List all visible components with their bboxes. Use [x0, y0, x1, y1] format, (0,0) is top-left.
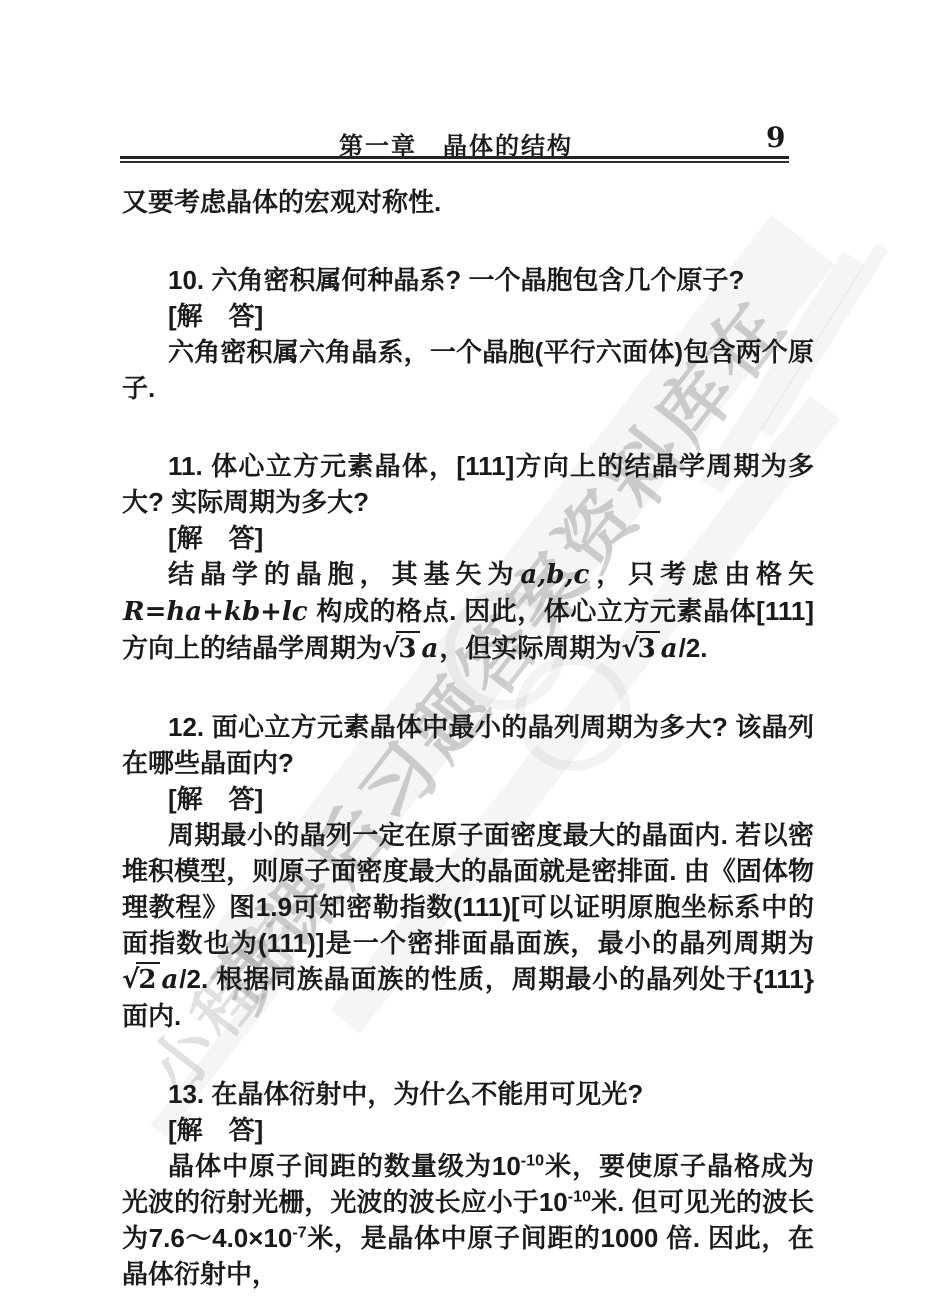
- body-paragraph: 又要考虑晶体的宏观对称性.: [122, 184, 814, 220]
- header-divider-rule: [120, 156, 789, 163]
- question-paragraph: 13. 在晶体衍射中，为什么不能用可见光?: [122, 1076, 814, 1112]
- question-paragraph: 11. 体心立方元素晶体，[111]方向上的结晶学周期为多大? 实际周期为多大?: [122, 448, 814, 520]
- answer-label: [解 答]: [122, 520, 814, 556]
- question-paragraph: 12. 面心立方元素晶体中最小的晶列周期为多大? 该晶列在哪些晶面内?: [122, 709, 814, 781]
- body-paragraph: 六角密积属六角晶系，一个晶胞(平行六面体)包含两个原子.: [122, 334, 814, 406]
- page-body: 又要考虑晶体的宏观对称性.10. 六角密积属何种晶系? 一个晶胞包含几个原子?[…: [122, 184, 814, 1292]
- body-paragraph: 晶体中原子间距的数量级为10-10米，要使原子晶格成为光波的衍射光栅，光波的波长…: [122, 1148, 814, 1292]
- answer-label: [解 答]: [122, 298, 814, 334]
- body-paragraph: 结晶学的晶胞，其基矢为a,b,c，只考虑由格矢 R=ha+kb+lc 构成的格点…: [122, 556, 814, 667]
- question-paragraph: 10. 六角密积属何种晶系? 一个晶胞包含几个原子?: [122, 262, 814, 298]
- body-paragraph: 周期最小的晶列一定在原子面密度最大的晶面内. 若以密堆积模型，则原子面密度最大的…: [122, 817, 814, 1034]
- scanned-book-page: 费课后习题答案资料库在 小程序 第一章 晶体的结构 9 又要考虑晶体的宏观对称性…: [0, 0, 930, 1316]
- page-number: 9: [766, 121, 785, 154]
- answer-label: [解 答]: [122, 1112, 814, 1148]
- answer-label: [解 答]: [122, 781, 814, 817]
